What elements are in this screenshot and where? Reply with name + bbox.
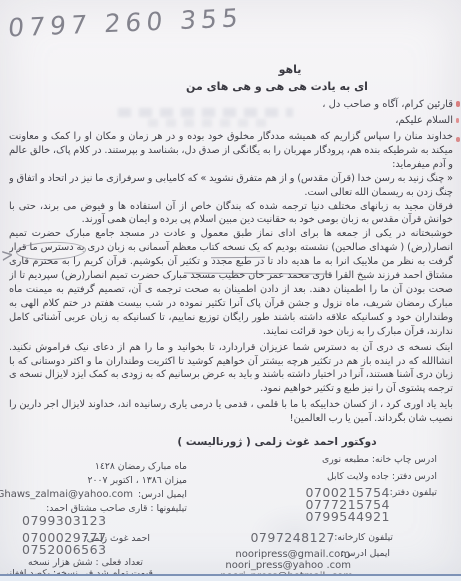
scan-artifact-speck (456, 101, 460, 107)
handwritten-phone-number: 0797 260 355 (7, 2, 259, 42)
paragraph-quran-quote: « چنگ زنيد به رسن خدا (قرآن مقدس) و از ه… (9, 172, 453, 200)
ink-bleed-smudge (148, 119, 266, 127)
letter-body: خداوند منان را سپاس گزاريم که هميشه مددگ… (9, 130, 453, 426)
press-email-yahoo: noori_press@yahoo .com (225, 560, 351, 571)
paragraph-translations: فرقان مجيد به زبانهای مختلف دنيا ترجمه ش… (9, 200, 453, 228)
ink-bleed-smudge (118, 108, 293, 117)
signature-line: دوکتور احمد غوث زلمی ( ژورناليست ) (157, 436, 397, 448)
letter-subtitle: ای به يادت هی هی و هی های من (157, 80, 397, 93)
press-address: ادرس چاپ خانه: مطبعه نوری (322, 454, 437, 465)
qari-phone: 0799303123 (22, 513, 107, 528)
letter-title: ياهو (240, 63, 340, 76)
scan-artifact-speck (456, 118, 459, 123)
office-phone-3: 0799544921 (305, 509, 390, 524)
author-phone-2: 0752006563 (22, 542, 107, 557)
greeting-line-salaam: السلام عليکم، (395, 115, 453, 126)
office-phone-label: تيلفون دفتر: (390, 487, 437, 498)
press-email-gmail: nooripress@gmail.com (235, 549, 350, 560)
author-email-label: ايميل ادرس: (138, 489, 187, 500)
office-address: ادرس دفتر: جاده ولايت کابل (327, 471, 437, 482)
greeting-line-readers: قارئين کرام، آگاه و صاحب دل ، (322, 99, 453, 110)
pen-checkmark: < (0, 243, 14, 267)
copies-count: تعداد فعلی : شش هزار نسخه (28, 557, 143, 568)
scanned-letter-page: 0797 260 355 ياهو ای به يادت هی هی و هی … (0, 0, 461, 581)
paragraph-distribution: اينک نسخه ی دری آن به دسترس شما عزيزان ق… (9, 341, 453, 397)
date-hijri: ماه مبارک رمضان ١٤٢٨ (95, 461, 187, 472)
factory-phone: 0797248127 (250, 530, 335, 545)
factory-phone-label: تيلفون کارخانه: (334, 532, 393, 543)
paragraph-praise: خداوند منان را سپاس گزاريم که هميشه مددگ… (9, 130, 453, 172)
scan-edge-band (0, 576, 461, 581)
author-email: Ghaws_zalmai@yahoo.com (0, 489, 133, 500)
date-solar: ميزان ١٣٨٦ ، اکتوبر ٢٠٠٧ (88, 475, 187, 486)
scan-artifact-speck (456, 137, 460, 142)
paragraph-thanks: بايد ياد اوری کرد ، از کسان خداييکه با م… (9, 398, 453, 426)
